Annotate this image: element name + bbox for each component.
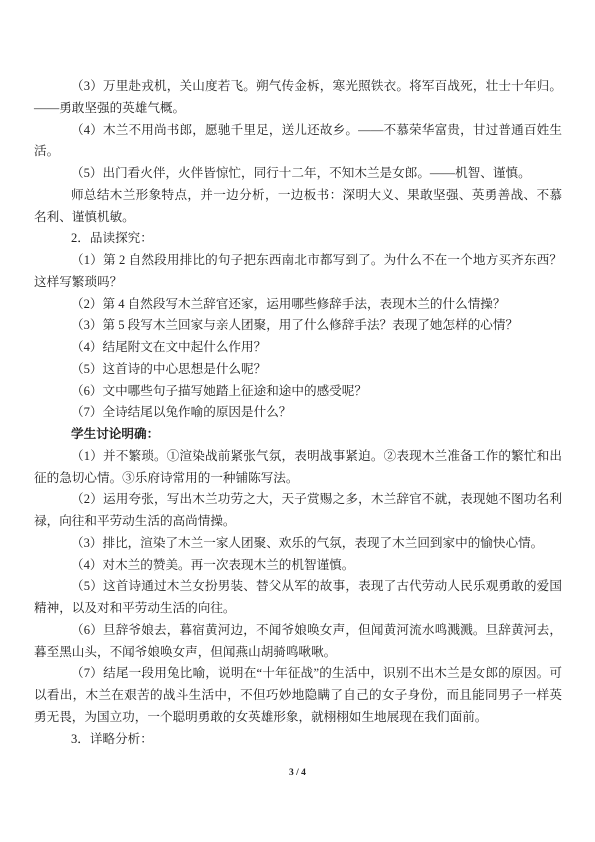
paragraph: （4）木兰不用尚书郎，愿驰千里足，送儿还故乡。——不慕荣华富贵，甘过普通百姓生活… [34, 120, 562, 164]
paragraph: （3）排比，渲染了木兰一家人团聚、欢乐的气氛，表现了木兰回到家中的愉快心情。 [34, 533, 562, 555]
paragraph: （2）运用夸张，写出木兰功劳之大，天子赏赐之多，木兰辞官不就，表现她不图功名利禄… [34, 489, 562, 533]
paragraph: （3）第 5 段写木兰回家与亲人团聚，用了什么修辞手法？表现了她怎样的心情？ [34, 315, 562, 337]
section-heading: 2．品读探究： [34, 228, 562, 250]
document-body: （3）万里赴戎机，关山度若飞。朔气传金柝，寒光照铁衣。将军百战死，壮士十年归。—… [34, 76, 562, 750]
paragraph: （6）旦辞爷娘去，暮宿黄河边，不闻爷娘唤女声，但闻黄河流水鸣溅溅。旦辞黄河去，暮… [34, 620, 562, 664]
document-page: （3）万里赴戎机，关山度若飞。朔气传金柝，寒光照铁衣。将军百战死，壮士十年归。—… [0, 0, 595, 842]
paragraph: （4）结尾附文在文中起什么作用？ [34, 337, 562, 359]
paragraph: （4）对木兰的赞美。再一次表现木兰的机智谨慎。 [34, 555, 562, 577]
paragraph: （7）全诗结尾以兔作喻的原因是什么？ [34, 402, 562, 424]
page-number: 3 / 4 [0, 768, 595, 778]
paragraph: （7）结尾一段用兔比喻，说明在“十年征战”的生活中，识别不出木兰是女郎的原因。可… [34, 663, 562, 728]
paragraph: （2）第 4 自然段写木兰辞官还家，运用哪些修辞手法，表现木兰的什么情操？ [34, 294, 562, 316]
subsection-heading: 学生讨论明确： [34, 424, 562, 446]
paragraph: （5）出门看火伴，火伴皆惊忙，同行十二年，不知木兰是女郎。——机智、谨慎。 [34, 163, 562, 185]
section-heading: 3．详略分析： [34, 729, 562, 751]
paragraph: （3）万里赴戎机，关山度若飞。朔气传金柝，寒光照铁衣。将军百战死，壮士十年归。—… [34, 76, 562, 120]
paragraph: （1）并不繁琐。①渲染战前紧张气氛，表明战事紧迫。②表现木兰准备工作的繁忙和出征… [34, 446, 562, 490]
paragraph: （5）这首诗的中心思想是什么呢？ [34, 359, 562, 381]
paragraph: （5）这首诗通过木兰女扮男装、替父从军的故事，表现了古代劳动人民乐观勇敢的爱国精… [34, 576, 562, 620]
paragraph: （1）第 2 自然段用排比的句子把东西南北市都写到了。为什么不在一个地方买齐东西… [34, 250, 562, 294]
paragraph: 师总结木兰形象特点，并一边分析，一边板书：深明大义、果敢坚强、英勇善战、不慕名利… [34, 185, 562, 229]
paragraph: （6）文中哪些句子描写她踏上征途和途中的感受呢？ [34, 381, 562, 403]
